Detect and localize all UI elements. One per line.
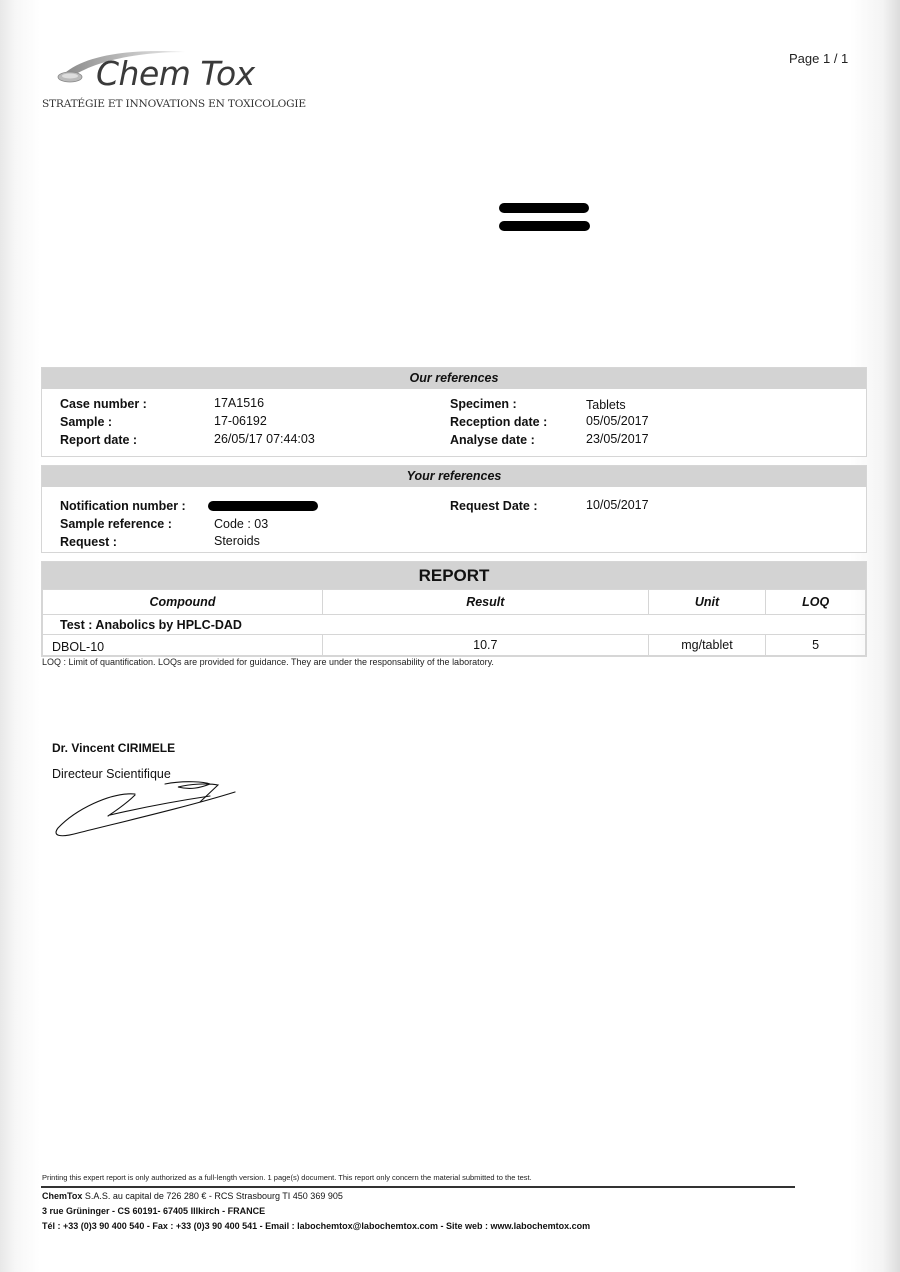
reception-date-value: 05/05/2017 <box>586 414 649 428</box>
our-references-section: Our references Case number : 17A1516 Sam… <box>41 367 867 457</box>
request-value: Steroids <box>214 534 260 548</box>
column-header-loq: LOQ <box>766 590 866 615</box>
specimen-value: Tablets <box>586 398 626 412</box>
column-header-result: Result <box>322 590 648 615</box>
test-group-row: Test : Anabolics by HPLC-DAD <box>43 615 866 635</box>
redacted-recipient-line-1 <box>499 203 589 213</box>
unit-cell: mg/tablet <box>648 635 766 656</box>
sample-reference-value: Code : 03 <box>214 517 268 531</box>
notification-number-label: Notification number : <box>60 499 186 513</box>
footer-company-line: ChemTox S.A.S. au capital de 726 280 € -… <box>42 1191 343 1201</box>
report-section: REPORT Compound Result Unit LOQ Test : A… <box>41 561 867 657</box>
logo-tagline: STRATÉGIE ET INNOVATIONS EN TOXICOLOGIE <box>42 98 306 110</box>
report-date-value: 26/05/17 07:44:03 <box>214 432 315 446</box>
test-label: Test : Anabolics by HPLC-DAD <box>43 615 866 635</box>
scan-shadow-left <box>0 0 40 1272</box>
analyse-date-label: Analyse date : <box>450 433 535 447</box>
loq-cell: 5 <box>766 635 866 656</box>
your-references-section: Your references Notification number : Sa… <box>41 465 867 553</box>
column-header-compound: Compound <box>43 590 323 615</box>
column-header-unit: Unit <box>648 590 766 615</box>
sample-reference-label: Sample reference : <box>60 517 172 531</box>
specimen-label: Specimen : <box>450 397 517 411</box>
footer-company-name: ChemTox <box>42 1191 82 1201</box>
report-header-row: Compound Result Unit LOQ <box>43 590 866 615</box>
our-references-title: Our references <box>42 368 866 389</box>
table-row: DBOL-10 10.7 mg/tablet 5 <box>43 635 866 656</box>
footer-address: 3 rue Grüninger - CS 60191- 67405 Illkir… <box>42 1206 265 1216</box>
reception-date-label: Reception date : <box>450 415 547 429</box>
footer-notice: Printing this expert report is only auth… <box>42 1173 532 1182</box>
request-date-label: Request Date : <box>450 499 538 513</box>
footer-company-details: S.A.S. au capital de 726 280 € - RCS Str… <box>82 1191 343 1201</box>
handwritten-signature-icon <box>50 770 250 845</box>
request-date-value: 10/05/2017 <box>586 498 649 512</box>
sample-label: Sample : <box>60 415 112 429</box>
case-number-label: Case number : <box>60 397 147 411</box>
report-title: REPORT <box>42 562 866 589</box>
redacted-recipient-line-2 <box>499 221 590 231</box>
compound-cell: DBOL-10 <box>43 635 323 656</box>
case-number-value: 17A1516 <box>214 396 264 410</box>
your-references-title: Your references <box>42 466 866 487</box>
analyse-date-value: 23/05/2017 <box>586 432 649 446</box>
logo-name: Chem Tox <box>96 54 255 93</box>
result-cell: 10.7 <box>322 635 648 656</box>
request-label: Request : <box>60 535 117 549</box>
footer-contact: Tél : +33 (0)3 90 400 540 - Fax : +33 (0… <box>42 1221 590 1231</box>
page-indicator: Page 1 / 1 <box>789 51 848 66</box>
sample-value: 17-06192 <box>214 414 267 428</box>
footer-divider <box>41 1186 795 1188</box>
loq-note: LOQ : Limit of quantification. LOQs are … <box>42 657 494 667</box>
chemtox-logo: Chem Tox STRATÉGIE ET INNOVATIONS EN TOX… <box>40 46 290 116</box>
report-date-label: Report date : <box>60 433 137 447</box>
report-table: Compound Result Unit LOQ Test : Anabolic… <box>42 589 866 656</box>
redacted-notification-number <box>208 501 318 511</box>
signatory-name: Dr. Vincent CIRIMELE <box>52 741 175 755</box>
